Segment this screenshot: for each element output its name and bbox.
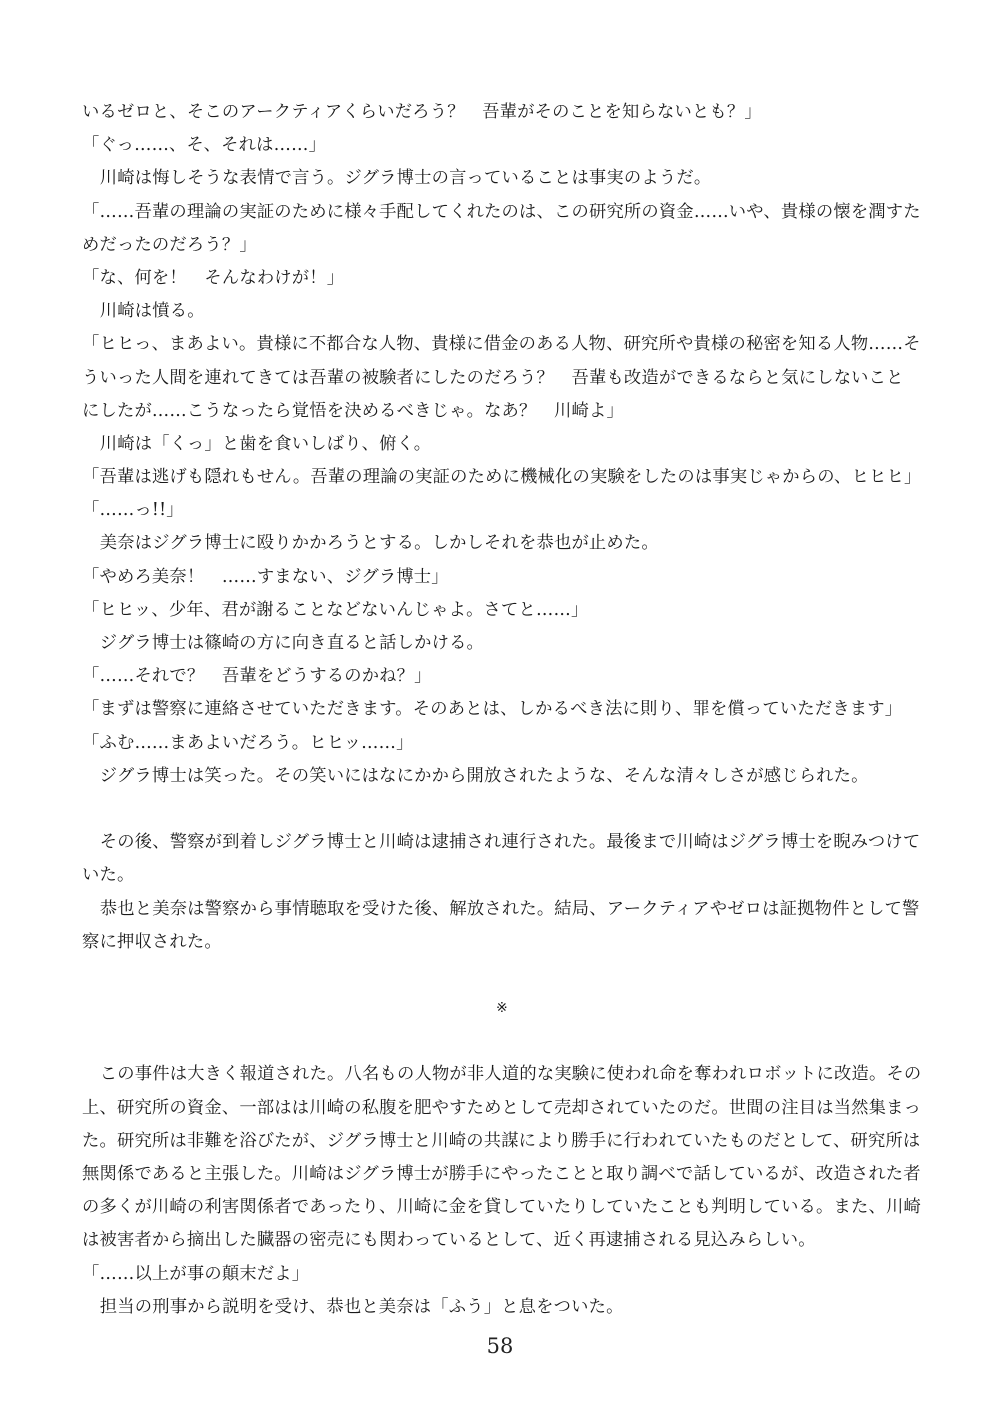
text-line: 無関係であると主張した。川崎はジグラ博士が勝手にやったことと取り調べで話している… xyxy=(82,1158,922,1191)
text-line: た。研究所は非難を浴びたが、ジグラ博士と川崎の共謀により勝手に行われていたものだ… xyxy=(82,1125,922,1158)
text-line: にしたが……こうなったら覚悟を決めるべきじゃ。なあ？ 川崎よ」 xyxy=(82,395,922,428)
text-line: ジグラ博士は笑った。その笑いにはなにかから開放されたような、そんな清々しさが感じ… xyxy=(82,760,922,793)
text-line: 「ふむ……まあよいだろう。ヒヒッ……」 xyxy=(82,727,922,760)
text-line: 川崎は「くっ」と歯を食いしばり、俯く。 xyxy=(82,428,922,461)
blank-line xyxy=(82,959,922,992)
text-line: 「ヒヒッ、少年、君が謝ることなどないんじゃよ。さてと……」 xyxy=(82,594,922,627)
text-line: めだったのだろう？」 xyxy=(82,229,922,262)
text-line: 「ヒヒっ、まあよい。貴様に不都合な人物、貴様に借金のある人物、研究所や貴様の秘密… xyxy=(82,328,922,361)
text-line: 「……っ!!」 xyxy=(82,494,922,527)
text-line: 察に押収された。 xyxy=(82,926,922,959)
section-separator: ※ xyxy=(82,992,922,1025)
text-line: の多くが川崎の利害関係者であったり、川崎に金を貸していたりしていたことも判明して… xyxy=(82,1191,922,1224)
text-line: この事件は大きく報道された。八名もの人物が非人道的な実験に使われ命を奪われロボッ… xyxy=(82,1058,922,1091)
document-body: いるゼロと、そこのアークティアくらいだろう？ 吾輩がそのことを知らないとも？」 … xyxy=(82,96,922,1324)
text-line: 「……吾輩の理論の実証のために様々手配してくれたのは、この研究所の資金……いや、… xyxy=(82,196,922,229)
text-line: 「……それで？ 吾輩をどうするのかね？」 xyxy=(82,660,922,693)
text-line: その後、警察が到着しジグラ博士と川崎は逮捕され連行された。最後まで川崎はジグラ博… xyxy=(82,826,922,859)
text-line: 「まずは警察に連絡させていただきます。そのあとは、しかるべき法に則り、罪を償って… xyxy=(82,693,922,726)
text-line: 「吾輩は逃げも隠れもせん。吾輩の理論の実証のために機械化の実験をしたのは事実じゃ… xyxy=(82,461,922,494)
text-line: 上、研究所の資金、一部はは川崎の私腹を肥やすためとして売却されていたのだ。世間の… xyxy=(82,1092,922,1125)
text-line: 恭也と美奈は警察から事情聴取を受けた後、解放された。結局、アークティアやゼロは証… xyxy=(82,893,922,926)
text-line: 「な、何を！ そんなわけが！」 xyxy=(82,262,922,295)
text-line: 「……以上が事の顛末だよ」 xyxy=(82,1258,922,1291)
text-line: 担当の刑事から説明を受け、恭也と美奈は「ふう」と息をついた。 xyxy=(82,1291,922,1324)
text-line: は被害者から摘出した臓器の密売にも関わっているとして、近く再逮捕される見込みらし… xyxy=(82,1224,922,1257)
text-line: 「やめろ美奈！ ……すまない、ジグラ博士」 xyxy=(82,561,922,594)
text-line: 川崎は憤る。 xyxy=(82,295,922,328)
text-line: いるゼロと、そこのアークティアくらいだろう？ 吾輩がそのことを知らないとも？」 xyxy=(82,96,922,129)
text-line: 美奈はジグラ博士に殴りかかろうとする。しかしそれを恭也が止めた。 xyxy=(82,527,922,560)
text-line: ジグラ博士は篠崎の方に向き直ると話しかける。 xyxy=(82,627,922,660)
text-line: ういった人間を連れてきては吾輩の被験者にしたのだろう？ 吾輩も改造ができるならと… xyxy=(82,362,922,395)
page-number: 58 xyxy=(0,1334,1000,1358)
blank-line xyxy=(82,1025,922,1058)
text-line: いた。 xyxy=(82,859,922,892)
text-line: 川崎は悔しそうな表情で言う。ジグラ博士の言っていることは事実のようだ。 xyxy=(82,162,922,195)
text-line: 「ぐっ……、そ、それは……」 xyxy=(82,129,922,162)
blank-line xyxy=(82,793,922,826)
